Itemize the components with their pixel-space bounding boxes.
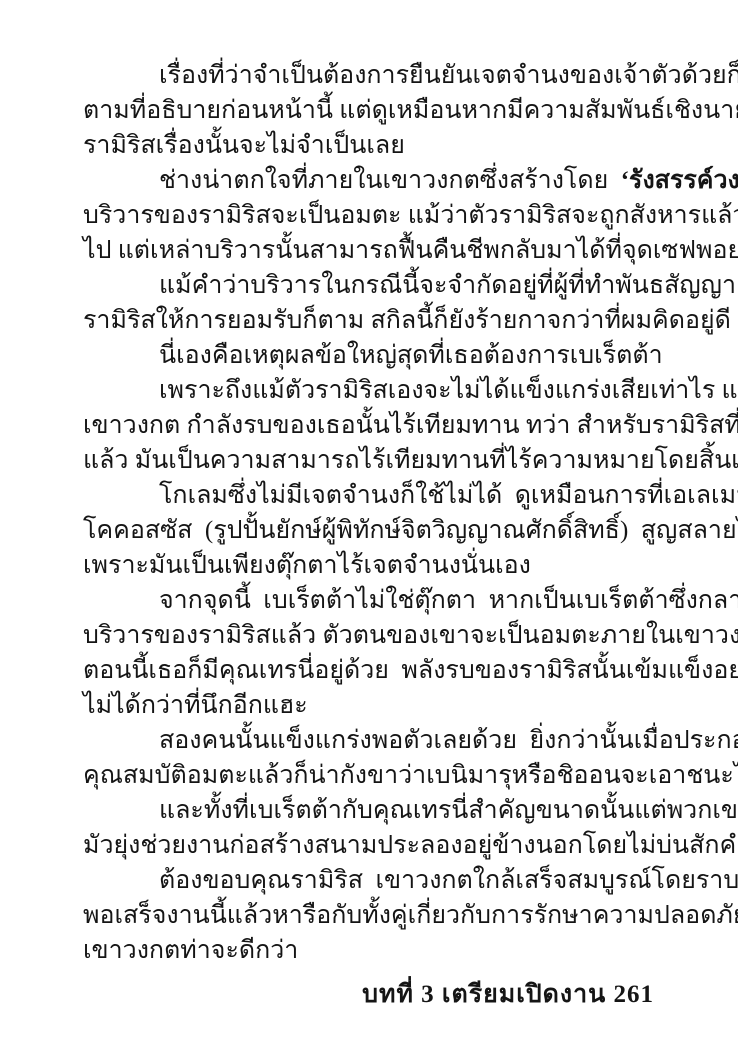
paragraph: จากจุดนี้ เบเร็ตต้าไม่ใช่ตุ๊กตา หากเป็นเ… bbox=[83, 583, 658, 723]
text-segment: สองคนนั้นแข็งแกร่งพอตัวเลยด้วย ยิ่งกว่าน… bbox=[159, 727, 738, 754]
paragraph: เรื่องที่ว่าจำเป็นต้องการยืนยันเจตจำนงขอ… bbox=[83, 58, 658, 163]
text-line: เพราะมันเป็นเพียงตุ๊กตาไร้เจตจำนงนั่นเอง bbox=[83, 548, 658, 583]
text-segment: บริวารของรามิริสจะเป็นอมตะ แม้ว่าตัวรามิ… bbox=[83, 202, 738, 229]
page-footer: บทที่ 3 เตรียมเปิดงาน 261 bbox=[333, 946, 654, 1042]
text-line: โคคอสซัส (รูปปั้นยักษ์ผู้พิทักษ์จิตวิญญา… bbox=[83, 513, 658, 548]
text-line: เขาวงกต กำลังรบของเธอนั้นไร้เทียมทาน ทว่… bbox=[83, 408, 658, 443]
text-segment: มัวยุ่งช่วยงานก่อสร้างสนามประลองอยู่ข้าง… bbox=[83, 832, 738, 859]
chapter-footer-text: บทที่ 3 เตรียมเปิดงาน 261 bbox=[362, 981, 654, 1008]
text-segment: โคคอสซัส (รูปปั้นยักษ์ผู้พิทักษ์จิตวิญญา… bbox=[83, 517, 738, 544]
text-segment: ตอนนี้เธอก็มีคุณเทรนี่อยู่ด้วย พลังรบของ… bbox=[83, 657, 738, 684]
text-line: เพราะถึงแม้ตัวรามิริสเองจะไม่ได้แข็งแกร่… bbox=[83, 373, 658, 408]
text-segment: เรื่องที่ว่าจำเป็นต้องการยืนยันเจตจำนงขอ… bbox=[159, 62, 738, 89]
text-segment: รามิริสเรื่องนั้นจะไม่จำเป็นเลย bbox=[83, 132, 405, 159]
text-segment: แล้ว มันเป็นความสามารถไร้เทียมทานที่ไร้ค… bbox=[83, 447, 738, 474]
text-segment: เขาวงกต กำลังรบของเธอนั้นไร้เทียมทาน ทว่… bbox=[83, 412, 738, 439]
text-line: มัวยุ่งช่วยงานก่อสร้างสนามประลองอยู่ข้าง… bbox=[83, 828, 658, 863]
paragraph: สองคนนั้นแข็งแกร่งพอตัวเลยด้วย ยิ่งกว่าน… bbox=[83, 723, 658, 793]
text-segment: ไป แต่เหล่าบริวารนั้นสามารถฟื้นคืนชีพกลั… bbox=[83, 237, 738, 264]
text-line: บริวารของรามิริสแล้ว ตัวตนของเขาจะเป็นอม… bbox=[83, 618, 658, 653]
text-segment: บริวารของรามิริสแล้ว ตัวตนของเขาจะเป็นอม… bbox=[83, 622, 738, 649]
text-line: พอเสร็จงานนี้แล้วหารือกับทั้งคู่เกี่ยวกั… bbox=[83, 898, 658, 933]
text-segment: เพราะมันเป็นเพียงตุ๊กตาไร้เจตจำนงนั่นเอง bbox=[83, 552, 531, 579]
text-line: ไม่ได้กว่าที่นึกอีกแฮะ bbox=[83, 688, 658, 723]
text-segment: รามิริสให้การยอมรับก็ตาม สกิลนี้ก็ยังร้า… bbox=[83, 307, 731, 334]
text-line: ต้องขอบคุณรามิริส เขาวงกตใกล้เสร็จสมบูรณ… bbox=[83, 863, 658, 898]
paragraph: นี่เองคือเหตุผลข้อใหญ่สุดที่เธอต้องการเบ… bbox=[83, 338, 658, 373]
paragraph: และทั้งที่เบเร็ตต้ากับคุณเทรนี่สำคัญขนาด… bbox=[83, 793, 658, 863]
text-line: ตอนนี้เธอก็มีคุณเทรนี่อยู่ด้วย พลังรบของ… bbox=[83, 653, 658, 688]
text-line: และทั้งที่เบเร็ตต้ากับคุณเทรนี่สำคัญขนาด… bbox=[83, 793, 658, 828]
text-segment: จากจุดนี้ เบเร็ตต้าไม่ใช่ตุ๊กตา หากเป็นเ… bbox=[159, 587, 738, 614]
text-block: เรื่องที่ว่าจำเป็นต้องการยืนยันเจตจำนงขอ… bbox=[83, 58, 658, 968]
text-segment: เพราะถึงแม้ตัวรามิริสเองจะไม่ได้แข็งแกร่… bbox=[159, 377, 738, 404]
text-line: แล้ว มันเป็นความสามารถไร้เทียมทานที่ไร้ค… bbox=[83, 443, 658, 478]
paragraph: โกเลมซึ่งไม่มีเจตจำนงก็ใช้ไม่ได้ ดูเหมือ… bbox=[83, 478, 658, 583]
paragraph: ช่างน่าตกใจที่ภายในเขาวงกตซึ่งสร้างโดย ‘… bbox=[83, 163, 658, 268]
text-segment: ตามที่อธิบายก่อนหน้านี้ แต่ดูเหมือนหากมี… bbox=[83, 97, 738, 124]
text-segment: และทั้งที่เบเร็ตต้ากับคุณเทรนี่สำคัญขนาด… bbox=[159, 797, 738, 824]
text-line: แม้คำว่าบริวารในกรณีนี้จะจำกัดอยู่ที่ผู้… bbox=[83, 268, 658, 303]
text-line: เรื่องที่ว่าจำเป็นต้องการยืนยันเจตจำนงขอ… bbox=[83, 58, 658, 93]
text-segment: นี่เองคือเหตุผลข้อใหญ่สุดที่เธอต้องการเบ… bbox=[159, 342, 663, 369]
text-line: รามิริสเรื่องนั้นจะไม่จำเป็นเลย bbox=[83, 128, 658, 163]
text-segment: ต้องขอบคุณรามิริส เขาวงกตใกล้เสร็จสมบูรณ… bbox=[159, 867, 738, 894]
paragraph: แม้คำว่าบริวารในกรณีนี้จะจำกัดอยู่ที่ผู้… bbox=[83, 268, 658, 338]
text-line: โกเลมซึ่งไม่มีเจตจำนงก็ใช้ไม่ได้ ดูเหมือ… bbox=[83, 478, 658, 513]
text-line: จากจุดนี้ เบเร็ตต้าไม่ใช่ตุ๊กตา หากเป็นเ… bbox=[83, 583, 658, 618]
text-line: สองคนนั้นแข็งแกร่งพอตัวเลยด้วย ยิ่งกว่าน… bbox=[83, 723, 658, 758]
text-line: รามิริสให้การยอมรับก็ตาม สกิลนี้ก็ยังร้า… bbox=[83, 303, 658, 338]
text-segment: คุณสมบัติอมตะแล้วก็น่ากังขาว่าเบนิมารุหร… bbox=[83, 762, 738, 789]
text-segment: ช่างน่าตกใจที่ภายในเขาวงกตซึ่งสร้างโดย bbox=[159, 167, 621, 194]
paragraph: เพราะถึงแม้ตัวรามิริสเองจะไม่ได้แข็งแกร่… bbox=[83, 373, 658, 478]
text-line: นี่เองคือเหตุผลข้อใหญ่สุดที่เธอต้องการเบ… bbox=[83, 338, 658, 373]
text-segment: โกเลมซึ่งไม่มีเจตจำนงก็ใช้ไม่ได้ ดูเหมือ… bbox=[159, 482, 738, 509]
text-line: ช่างน่าตกใจที่ภายในเขาวงกตซึ่งสร้างโดย ‘… bbox=[83, 163, 658, 198]
text-line: ไป แต่เหล่าบริวารนั้นสามารถฟื้นคืนชีพกลั… bbox=[83, 233, 658, 268]
text-segment: ไม่ได้กว่าที่นึกอีกแฮะ bbox=[83, 692, 308, 719]
text-line: ตามที่อธิบายก่อนหน้านี้ แต่ดูเหมือนหากมี… bbox=[83, 93, 658, 128]
book-page: เรื่องที่ว่าจำเป็นต้องการยืนยันเจตจำนงขอ… bbox=[0, 0, 738, 1051]
text-segment: พอเสร็จงานนี้แล้วหารือกับทั้งคู่เกี่ยวกั… bbox=[83, 902, 738, 929]
emphasized-term: ‘รังสรรค์วงกต’ bbox=[621, 167, 738, 194]
text-segment: แม้คำว่าบริวารในกรณีนี้จะจำกัดอยู่ที่ผู้… bbox=[159, 272, 738, 299]
text-line: คุณสมบัติอมตะแล้วก็น่ากังขาว่าเบนิมารุหร… bbox=[83, 758, 658, 793]
text-segment: เขาวงกตท่าจะดีกว่า bbox=[83, 937, 298, 964]
text-line: บริวารของรามิริสจะเป็นอมตะ แม้ว่าตัวรามิ… bbox=[83, 198, 658, 233]
